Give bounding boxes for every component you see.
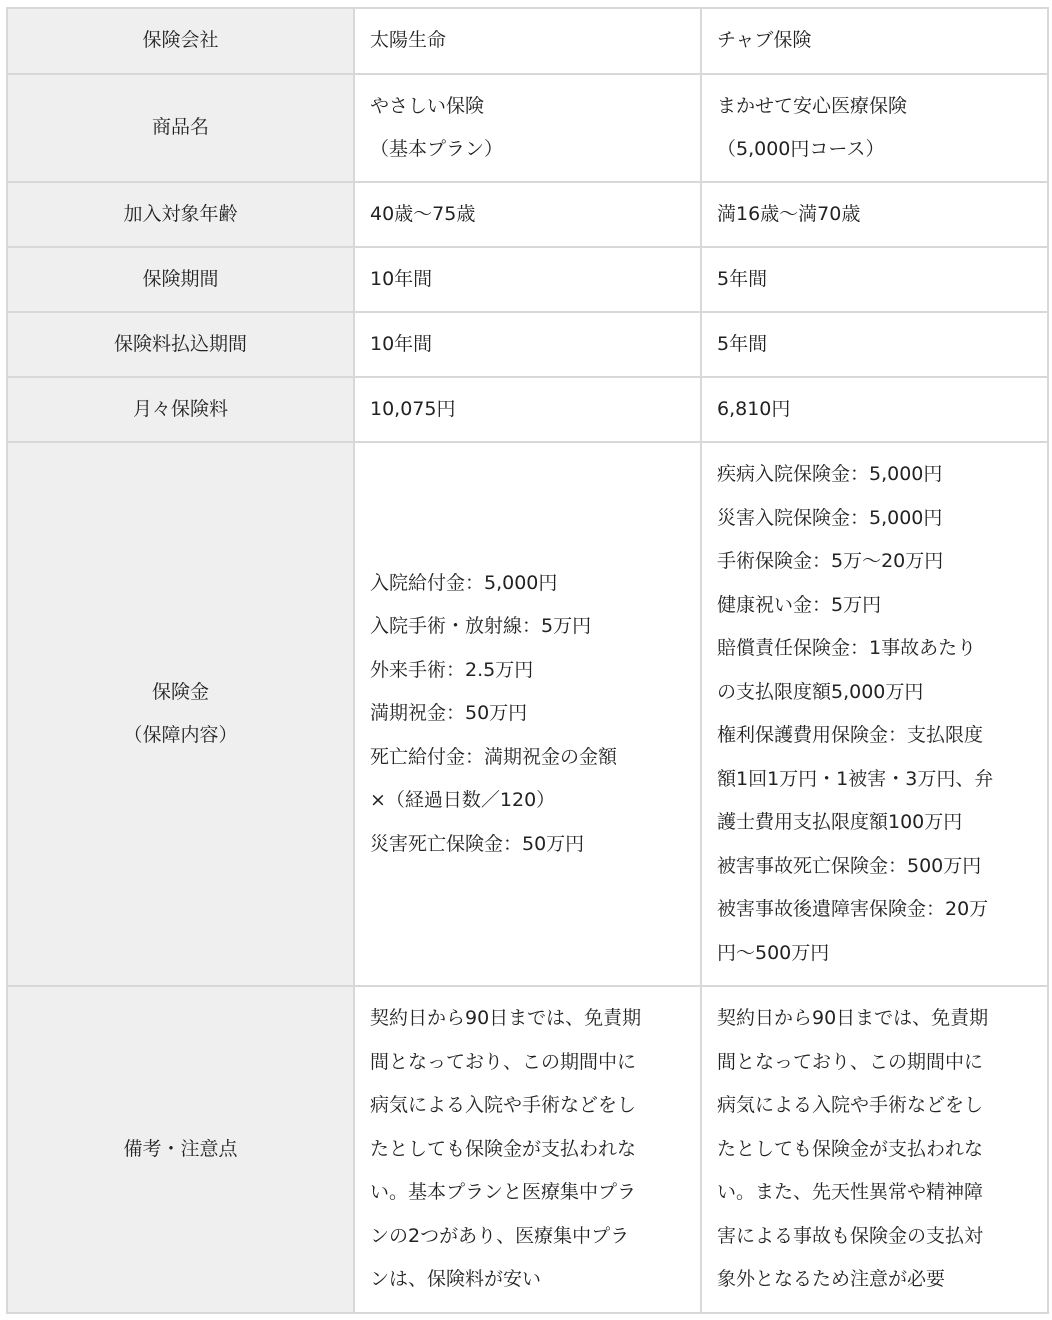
note-a-line: ンの2つがあり、医療集中プラ [370,1215,685,1259]
table-row-benefits: 保険金 （保障内容） 入院給付金：5,000円 入院手術・放射線：5万円 外来手… [7,442,1048,986]
benefits-a: 入院給付金：5,000円 入院手術・放射線：5万円 外来手術：2.5万円 満期祝… [354,442,701,986]
benefit-a-item: 死亡給付金：満期祝金の金額 [370,736,685,780]
note-b-line: 害による事故も保険金の支払対 [717,1215,1032,1259]
benefit-a-item: ×（経過日数／120） [370,779,685,823]
benefit-b-item: 賠償責任保険金：1事故あたり [717,627,1032,671]
period-a: 10年間 [354,247,701,312]
benefits-label-sub: （保障内容） [23,714,338,758]
note-b-line: たとしても保険金が支払われな [717,1128,1032,1172]
product-a-name: やさしい保険 [370,85,685,129]
note-b-line: い。また、先天性異常や精神障 [717,1171,1032,1215]
note-b-line: 間となっており、この期間中に [717,1041,1032,1085]
table-row-product: 商品名 やさしい保険 （基本プラン） まかせて安心医療保険 （5,000円コース… [7,74,1048,182]
benefit-b-item: 被害事故後遺障害保険金：20万 [717,888,1032,932]
age-a: 40歳～75歳 [354,182,701,247]
product-b: まかせて安心医療保険 （5,000円コース） [701,74,1048,182]
benefit-b-item: 護士費用支払限度額100万円 [717,801,1032,845]
notes-b: 契約日から90日までは、免責期 間となっており、この期間中に 病気による入院や手… [701,986,1048,1313]
benefit-b-item: 災害入院保険金：5,000円 [717,497,1032,541]
note-a-line: 間となっており、この期間中に [370,1041,685,1085]
benefit-a-item: 災害死亡保険金：50万円 [370,823,685,867]
insurance-comparison-table: 保険会社 太陽生命 チャブ保険 商品名 やさしい保険 （基本プラン） まかせて安… [6,7,1049,1314]
product-b-name: まかせて安心医療保険 [717,85,1032,129]
benefit-b-item: 手術保険金：5万～20万円 [717,540,1032,584]
row-label-product: 商品名 [7,74,354,182]
age-b: 満16歳～満70歳 [701,182,1048,247]
table-row-company: 保険会社 太陽生命 チャブ保険 [7,8,1048,74]
benefit-b-item: 円～500万円 [717,932,1032,976]
benefit-b-item: 健康祝い金：5万円 [717,584,1032,628]
row-label-monthly-premium: 月々保険料 [7,377,354,442]
row-label-company: 保険会社 [7,8,354,74]
benefit-a-item: 外来手術：2.5万円 [370,649,685,693]
row-label-period: 保険期間 [7,247,354,312]
note-a-line: 契約日から90日までは、免責期 [370,997,685,1041]
note-a-line: 病気による入院や手術などをし [370,1084,685,1128]
payment-period-b: 5年間 [701,312,1048,377]
table-row-monthly-premium: 月々保険料 10,075円 6,810円 [7,377,1048,442]
note-b-line: 契約日から90日までは、免責期 [717,997,1032,1041]
table-row-notes: 備考・注意点 契約日から90日までは、免責期 間となっており、この期間中に 病気… [7,986,1048,1313]
note-b-line: 象外となるため注意が必要 [717,1258,1032,1302]
payment-period-a: 10年間 [354,312,701,377]
benefit-b-item: 額1回1万円・1被害・3万円、弁 [717,758,1032,802]
row-label-payment-period: 保険料払込期間 [7,312,354,377]
row-label-notes: 備考・注意点 [7,986,354,1313]
note-a-line: たとしても保険金が支払われな [370,1128,685,1172]
table-row-age: 加入対象年齢 40歳～75歳 満16歳～満70歳 [7,182,1048,247]
row-label-benefits: 保険金 （保障内容） [7,442,354,986]
company-b: チャブ保険 [701,8,1048,74]
product-b-plan: （5,000円コース） [717,128,1032,172]
benefit-a-item: 満期祝金：50万円 [370,692,685,736]
benefits-label-title: 保険金 [23,671,338,715]
row-label-age: 加入対象年齢 [7,182,354,247]
benefit-a-item: 入院給付金：5,000円 [370,562,685,606]
notes-a: 契約日から90日までは、免責期 間となっており、この期間中に 病気による入院や手… [354,986,701,1313]
table-row-payment-period: 保険料払込期間 10年間 5年間 [7,312,1048,377]
note-b-line: 病気による入院や手術などをし [717,1084,1032,1128]
benefit-b-item: 疾病入院保険金：5,000円 [717,453,1032,497]
benefit-b-item: 権利保護費用保険金：支払限度 [717,714,1032,758]
benefit-b-item: の支払限度額5,000万円 [717,671,1032,715]
company-a: 太陽生命 [354,8,701,74]
product-a-plan: （基本プラン） [370,128,685,172]
benefit-a-item: 入院手術・放射線：5万円 [370,605,685,649]
table-row-period: 保険期間 10年間 5年間 [7,247,1048,312]
benefits-b: 疾病入院保険金：5,000円 災害入院保険金：5,000円 手術保険金：5万～2… [701,442,1048,986]
period-b: 5年間 [701,247,1048,312]
note-a-line: い。基本プランと医療集中プラ [370,1171,685,1215]
monthly-premium-a: 10,075円 [354,377,701,442]
note-a-line: ンは、保険料が安い [370,1258,685,1302]
product-a: やさしい保険 （基本プラン） [354,74,701,182]
benefit-b-item: 被害事故死亡保険金：500万円 [717,845,1032,889]
monthly-premium-b: 6,810円 [701,377,1048,442]
